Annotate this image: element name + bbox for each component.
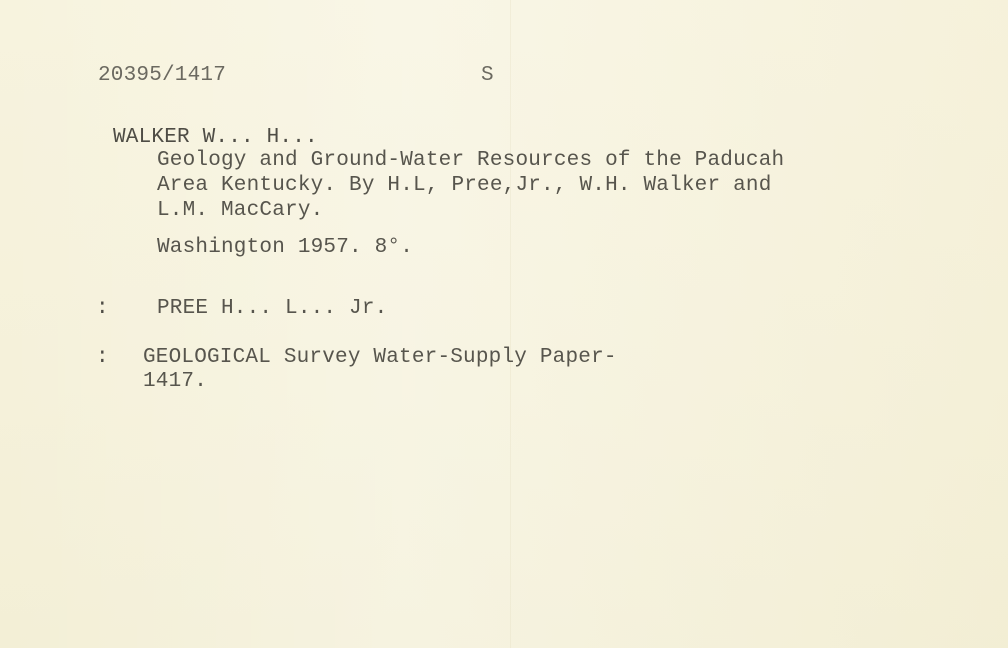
imprint: Washington 1957. 8°.	[157, 236, 413, 260]
main-heading: WALKER W... H...	[113, 126, 318, 150]
location-mark: S	[481, 64, 494, 88]
tracing-bullet: :	[96, 297, 109, 321]
tracing-added-entry: PREE H... L... Jr.	[157, 297, 387, 321]
tracing-series-line-1: GEOLOGICAL Survey Water-Supply Paper-	[143, 346, 617, 370]
tracing-bullet: :	[96, 346, 109, 370]
title-line-3: L.M. MacCary.	[157, 199, 323, 223]
call-number: 20395/1417	[98, 64, 226, 88]
catalog-card: 20395/1417 S WALKER W... H... Geology an…	[0, 0, 1008, 648]
paper-crease	[510, 0, 511, 648]
title-line-2: Area Kentucky. By H.L, Pree,Jr., W.H. Wa…	[157, 174, 772, 198]
tracing-series-line-2: 1417.	[143, 370, 207, 394]
title-line-1: Geology and Ground-Water Resources of th…	[157, 149, 784, 173]
